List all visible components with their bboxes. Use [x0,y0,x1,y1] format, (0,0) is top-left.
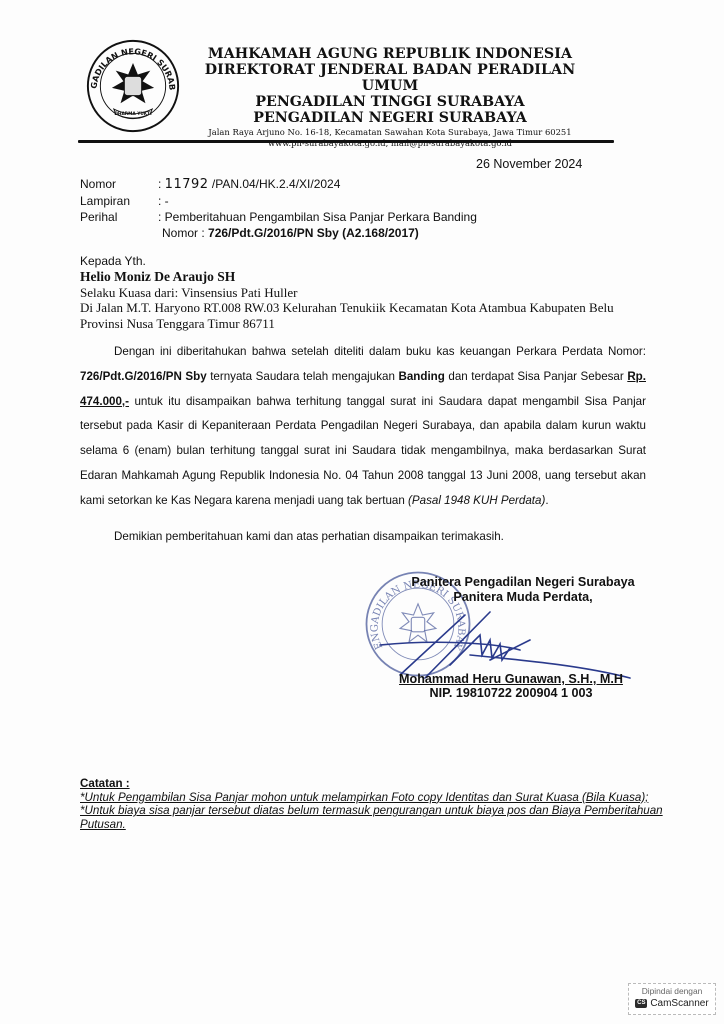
signatory-nip: NIP. 19810722 200904 1 003 [398,686,624,700]
letterhead-address: Jalan Raya Arjuno No. 16-18, Kecamatan S… [190,127,590,138]
addressee-salutation: Kepada Yth. [80,254,614,269]
camscanner-logo-icon: CS [635,999,647,1008]
court-emblem-icon: PENGADILAN NEGERI SURABAYA DHARMA YUKTI [85,38,181,134]
addressee-address-line1: Di Jalan M.T. Haryono RT.008 RW.03 Kelur… [80,300,614,315]
letterhead-divider [78,140,614,143]
handwritten-number: 11792 [165,177,209,192]
note-item: *Untuk Pengambilan Sisa Panjar mohon unt… [80,791,680,805]
camscanner-watermark: Dipindai dengan CS CamScanner [628,983,716,1015]
notes-title: Catatan : [80,777,680,791]
letterhead-line2: DIREKTORAT JENDERAL BADAN PERADILAN UMUM [190,62,590,94]
meta-nomor: Nomor : 11792 /PAN.04/HK.2.4/XI/2024 [80,176,477,193]
note-item: *Untuk biaya sisa panjar tersebut diatas… [80,804,680,831]
letterhead-line4: PENGADILAN NEGERI SURABAYA [190,110,590,126]
signatory-name: Mohammad Heru Gunawan, S.H., M.H [398,672,624,686]
addressee-name: Helio Moniz De Araujo SH [80,269,614,284]
meta-perihal: Perihal : Pemberitahuan Pengambilan Sisa… [80,209,477,225]
addressee-address-line2: Provinsi Nusa Tenggara Timur 86711 [80,316,614,331]
handwritten-signature [370,600,640,680]
letter-meta: Nomor : 11792 /PAN.04/HK.2.4/XI/2024 Lam… [80,176,477,241]
addressee-block: Kepada Yth. Helio Moniz De Araujo SH Sel… [80,254,614,331]
letterhead: MAHKAMAH AGUNG REPUBLIK INDONESIA DIREKT… [190,46,590,149]
letterhead-line3: PENGADILAN TINGGI SURABAYA [190,94,590,110]
meta-lampiran: Lampiran : - [80,193,477,209]
body-paragraph: Dengan ini diberitahukan bahwa setelah d… [80,340,646,514]
meta-perihal-nomor: Nomor : 726/Pdt.G/2016/PN Sby (A2.168/20… [80,225,477,241]
addressee-kuasa: Selaku Kuasa dari: Vinsensius Pati Hulle… [80,285,614,300]
letterhead-line1: MAHKAMAH AGUNG REPUBLIK INDONESIA [190,46,590,62]
case-number: 726/Pdt.G/2016/PN Sby [80,370,207,383]
letter-date: 26 November 2024 [476,157,582,171]
svg-text:DHARMA YUKTI: DHARMA YUKTI [114,111,152,117]
letter-body: Dengan ini diberitahukan bahwa setelah d… [80,340,646,514]
notes-block: Catatan : *Untuk Pengambilan Sisa Panjar… [80,777,680,831]
letter-page: PENGADILAN NEGERI SURABAYA DHARMA YUKTI … [0,0,724,1024]
closing-sentence: Demikian pemberitahuan kami dan atas per… [114,530,504,543]
